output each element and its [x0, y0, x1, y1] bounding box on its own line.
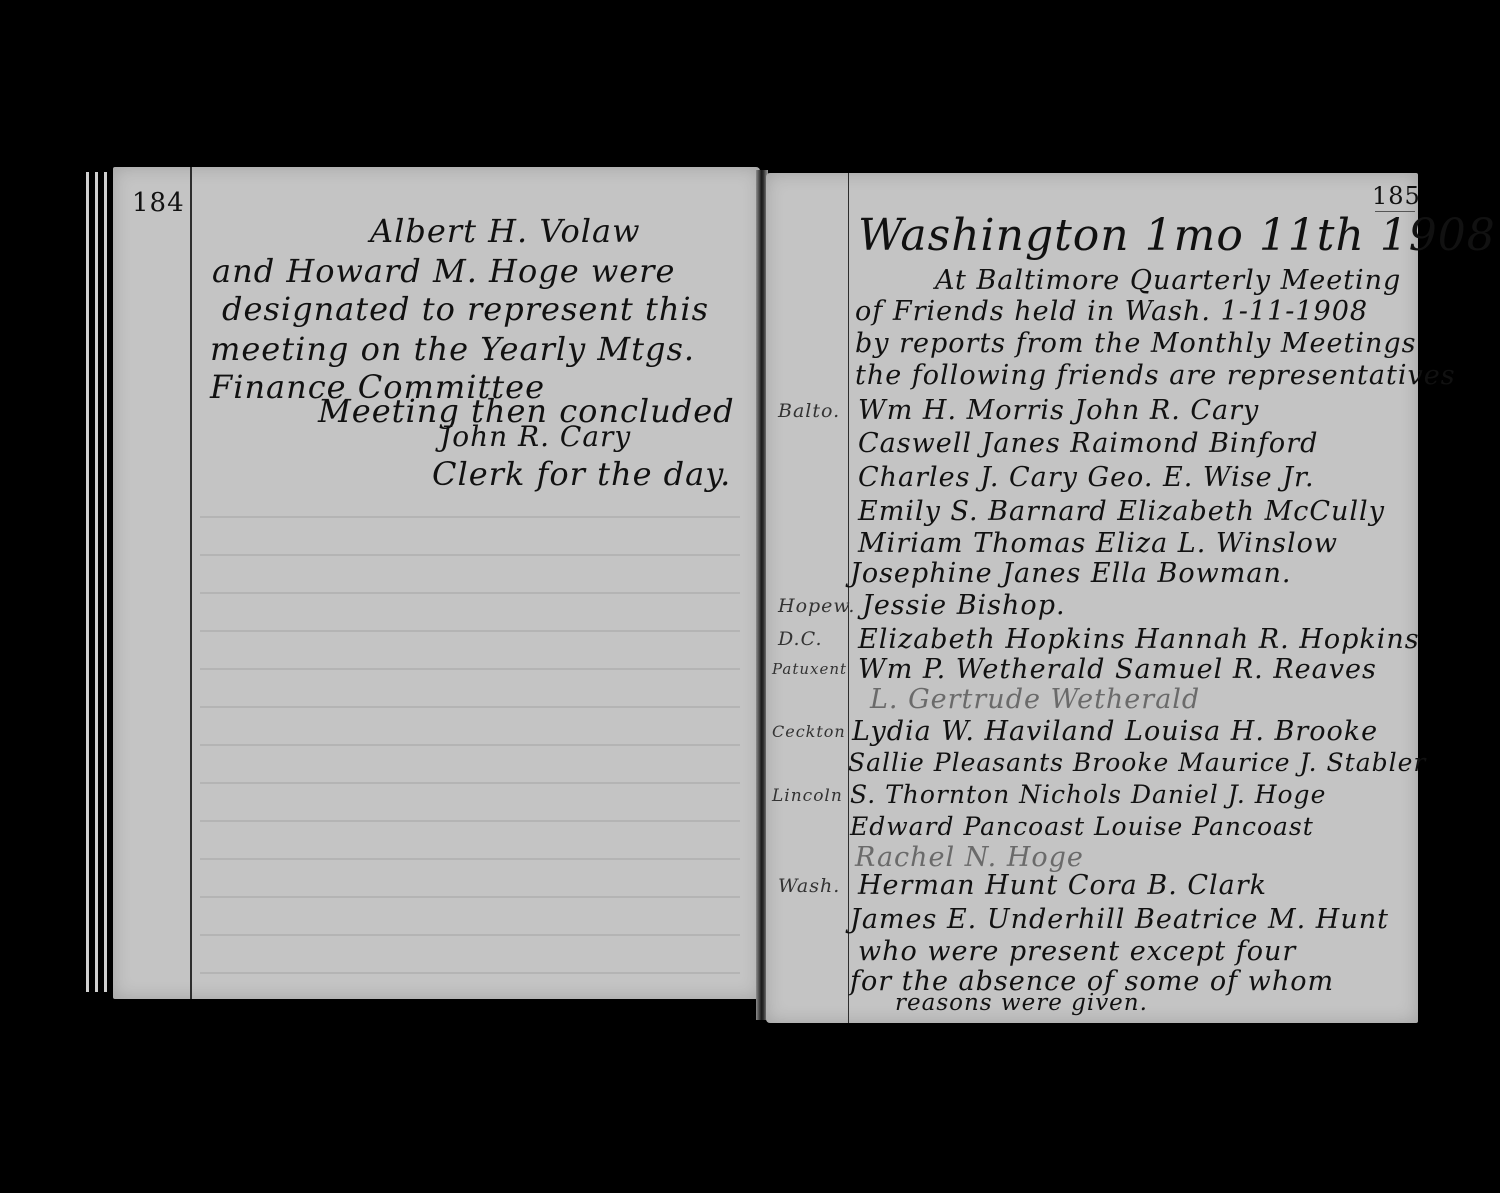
book-edge: [86, 172, 89, 992]
meeting-label: Wash.: [778, 875, 840, 897]
entry-line: S. Thornton Nichols Daniel J. Hoge: [850, 780, 1326, 809]
closing-line: reasons were given.: [895, 990, 1148, 1016]
text-line: Albert H. Volaw: [370, 212, 640, 250]
entry-line: James E. Underhill Beatrice M. Hunt: [850, 904, 1389, 935]
meeting-label: Ceckton: [772, 722, 846, 741]
left-margin-rule: [190, 167, 192, 999]
book-edge: [104, 172, 107, 992]
intro-line: the following friends are representative…: [855, 360, 1456, 391]
entry-line: Elizabeth Hopkins Hannah R. Hopkins: [858, 624, 1420, 655]
entry-line: Lydia W. Haviland Louisa H. Brooke: [852, 716, 1378, 747]
closing-line: who were present except four: [858, 936, 1296, 967]
intro-line: by reports from the Monthly Meetings: [855, 328, 1417, 359]
meeting-label: Patuxent: [772, 660, 847, 678]
entry-line: Caswell Janes Raimond Binford: [858, 428, 1318, 459]
signature-title: Clerk for the day.: [432, 455, 731, 493]
intro-line: At Baltimore Quarterly Meeting: [935, 265, 1401, 296]
meeting-label: Balto.: [778, 400, 840, 422]
page-heading: Washington 1mo 11th 1908: [858, 210, 1496, 261]
entry-line: Josephine Janes Ella Bowman.: [850, 558, 1291, 589]
entry-line: Miriam Thomas Eliza L. Winslow: [858, 528, 1338, 559]
entry-line: Sallie Pleasants Brooke Maurice J. Stabl…: [848, 748, 1426, 777]
entry-line: Jessie Bishop.: [862, 590, 1066, 621]
entry-line: Emily S. Barnard Elizabeth McCully: [858, 496, 1385, 527]
entry-line: Wm H. Morris John R. Cary: [858, 395, 1259, 426]
text-line: designated to represent this: [222, 290, 709, 328]
text-line: meeting on the Yearly Mtgs.: [210, 330, 695, 368]
entry-line: Charles J. Cary Geo. E. Wise Jr.: [858, 462, 1315, 493]
meeting-label: Lincoln: [772, 786, 843, 806]
meeting-label: Hopew.: [778, 595, 855, 617]
bleed-through-text: [200, 480, 740, 980]
entry-line: Edward Pancoast Louise Pancoast: [850, 812, 1314, 841]
meeting-label: D.C.: [778, 628, 823, 650]
text-line: and Howard M. Hoge were: [212, 252, 675, 290]
entry-line: Rachel N. Hoge: [855, 842, 1084, 873]
page-number-right: 185: [1372, 182, 1421, 210]
signature: John R. Cary: [440, 420, 631, 453]
book-edge: [95, 172, 98, 992]
intro-line: of Friends held in Wash. 1-11-1908: [855, 296, 1368, 327]
entry-line: Wm P. Wetherald Samuel R. Reaves: [858, 654, 1377, 685]
entry-line: L. Gertrude Wetherald: [870, 684, 1200, 715]
entry-line: Herman Hunt Cora B. Clark: [858, 870, 1267, 901]
page-number-left: 184: [132, 188, 185, 218]
